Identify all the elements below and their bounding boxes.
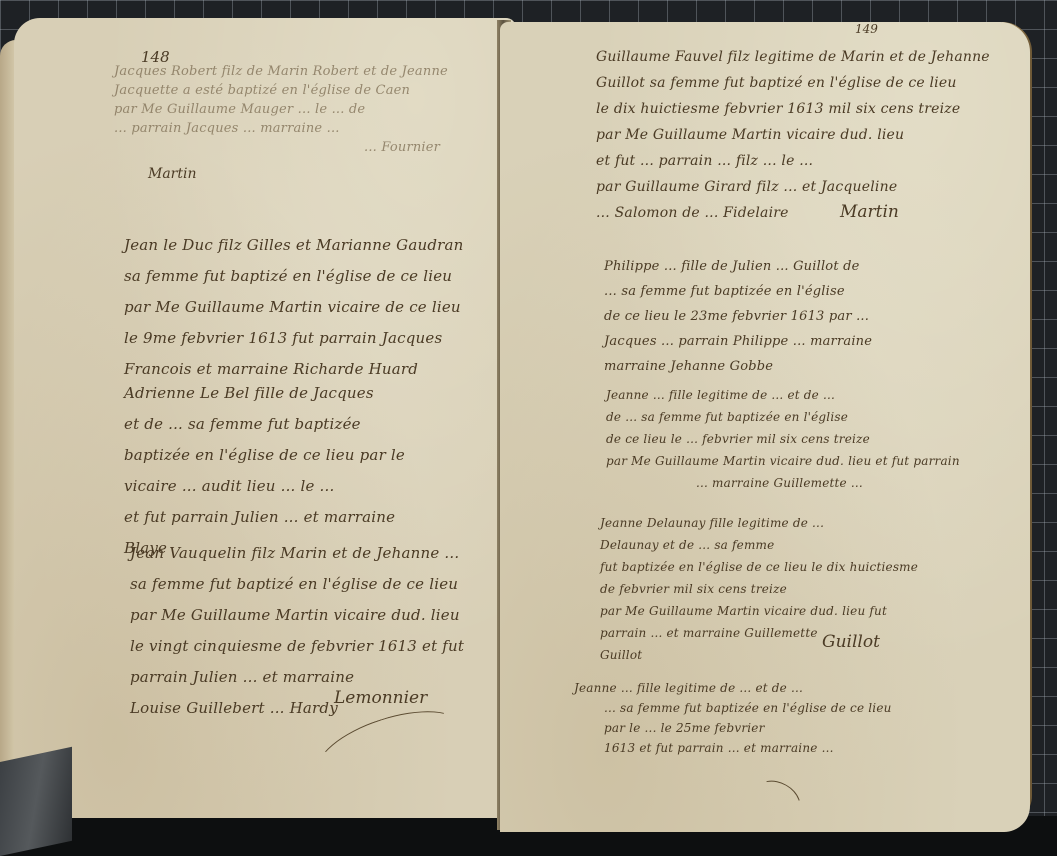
register-entry: Guillaume Fauvel filz legitime de Marin … — [596, 44, 990, 226]
entry-line: de ... sa femme fut baptizée en l'église — [606, 406, 960, 428]
page-number: 149 — [855, 22, 878, 36]
entry-line: par Me Guillaume Martin vicaire dud. lie… — [596, 122, 990, 148]
ink-flourish — [743, 772, 809, 832]
left-page: 148 Jacques Robert filz de Marin Robert … — [14, 18, 516, 818]
entry-line: Delaunay et de ... sa femme — [600, 534, 918, 556]
entry-line: par Me Guillaume Martin vicaire dud. lie… — [606, 450, 960, 472]
right-page: 149 Guillaume Fauvel filz legitime de Ma… — [500, 22, 1030, 832]
register-entry: Jeanne ... fille legitime de ... et de .… — [606, 384, 960, 494]
entry-line: ... Fournier — [364, 138, 516, 157]
entry-line: vicaire ... audit lieu ... le ... — [124, 471, 405, 502]
entry-line: marraine Jehanne Gobbe — [604, 354, 872, 379]
entry-line: ... sa femme fut baptizée en l'église — [604, 279, 872, 304]
entry-line: 1613 et fut parrain ... et marraine ... — [604, 738, 892, 758]
entry-line: Philippe ... fille de Julien ... Guillot… — [604, 254, 872, 279]
book-clip — [0, 747, 72, 856]
entry-line: ... parrain Jacques ... marraine ... — [114, 119, 448, 138]
entry-line: ... marraine Guillemette ... — [696, 472, 1030, 494]
vicar-signature: Guillot — [822, 632, 880, 652]
entry-line: de febvrier mil six cens treize — [600, 578, 918, 600]
register-entry: Jean le Duc filz Gilles et Marianne Gaud… — [124, 230, 464, 385]
entry-line: Jacques ... parrain Philippe ... marrain… — [604, 329, 872, 354]
entry-line: de ce lieu le 23me febvrier 1613 par ... — [604, 304, 872, 329]
vicar-signature: Lemonnier — [334, 688, 427, 708]
entry-line: le vingt cinquiesme de febvrier 1613 et … — [130, 631, 464, 662]
vicar-signature: Martin — [148, 166, 197, 182]
entry-line: par Guillaume Girard filz ... et Jacquel… — [596, 174, 990, 200]
entry-line: sa femme fut baptizé en l'église de ce l… — [130, 569, 464, 600]
entry-line: Guillaume Fauvel filz legitime de Marin … — [596, 44, 990, 70]
entry-line: Jean Vauquelin filz Marin et de Jehanne … — [130, 538, 464, 569]
entry-line: et de ... sa femme fut baptizée — [124, 409, 405, 440]
vicar-signature: Martin — [840, 202, 899, 222]
entry-line: de ce lieu le ... febvrier mil six cens … — [606, 428, 960, 450]
entry-line: Adrienne Le Bel fille de Jacques — [124, 378, 405, 409]
entry-line: et fut parrain Julien ... et marraine — [124, 502, 405, 533]
entry-line: Jeanne Delaunay fille legitime de ... — [600, 512, 918, 534]
register-entry: Philippe ... fille de Julien ... Guillot… — [604, 254, 872, 379]
entry-line: Jean le Duc filz Gilles et Marianne Gaud… — [124, 230, 464, 261]
entry-line: par Me Guillaume Martin vicaire de ce li… — [124, 292, 464, 323]
entry-line: fut baptizée en l'église de ce lieu le d… — [600, 556, 918, 578]
entry-line: par Me Guillaume Mauger ... le ... de — [114, 100, 448, 119]
entry-line: ... sa femme fut baptizée en l'église de… — [604, 698, 892, 718]
entry-line: et fut ... parrain ... filz ... le ... — [596, 148, 990, 174]
entry-line: Jeanne ... fille legitime de ... et de .… — [574, 678, 862, 698]
entry-line: Jacques Robert filz de Marin Robert et d… — [114, 62, 448, 81]
entry-line: par le ... le 25me febvrier — [604, 718, 892, 738]
entry-line: le 9me febvrier 1613 fut parrain Jacques — [124, 323, 464, 354]
register-entry: Adrienne Le Bel fille de Jacques et de .… — [124, 378, 405, 564]
entry-line: ... Salomon de ... Fidelaire — [596, 200, 990, 226]
entry-line: baptizée en l'église de ce lieu par le — [124, 440, 405, 471]
entry-line: Guillot sa femme fut baptizé en l'église… — [596, 70, 990, 96]
entry-line: Jacquette a esté baptizé en l'église de … — [114, 81, 448, 100]
register-entry: Jacques Robert filz de Marin Robert et d… — [114, 62, 448, 157]
entry-line: le dix huictiesme febvrier 1613 mil six … — [596, 96, 990, 122]
register-entry: Jeanne ... fille legitime de ... et de .… — [574, 678, 862, 758]
entry-line: par Me Guillaume Martin vicaire dud. lie… — [600, 600, 918, 622]
entry-line: sa femme fut baptizé en l'église de ce l… — [124, 261, 464, 292]
entry-line: par Me Guillaume Martin vicaire dud. lie… — [130, 600, 464, 631]
entry-line: Jeanne ... fille legitime de ... et de .… — [606, 384, 960, 406]
